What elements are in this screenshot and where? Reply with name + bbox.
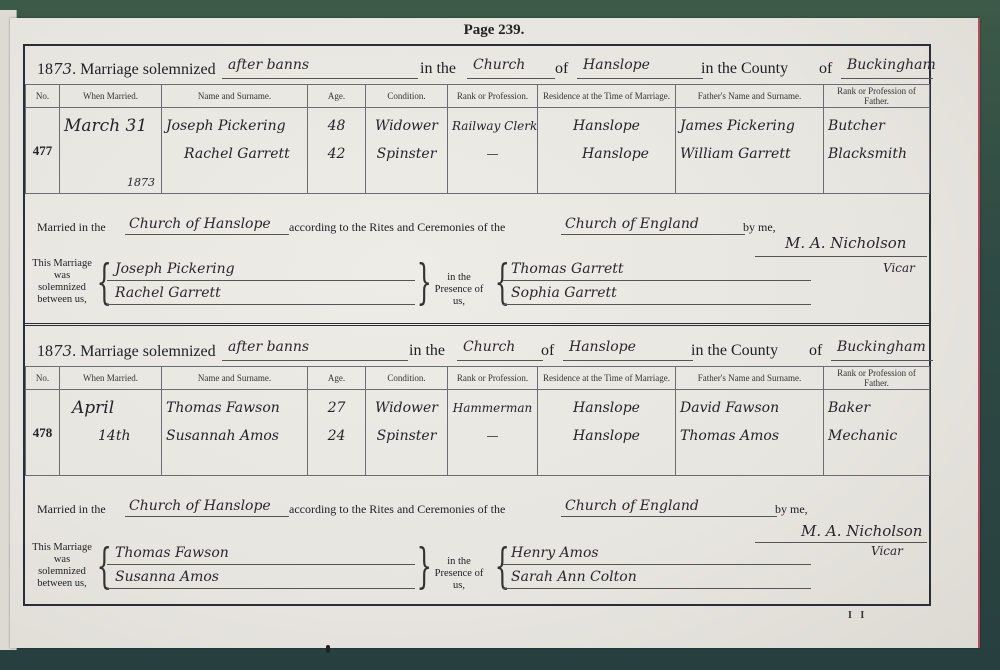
county-field: Buckingham <box>841 54 933 79</box>
col-when-married: When Married. <box>60 85 162 108</box>
parish-field: Hanslope <box>563 336 693 361</box>
col-father-rank: Rank or Profession of Father. <box>824 85 930 108</box>
place-type-field: Church <box>457 336 543 361</box>
party-signature-1: Joseph Pickering <box>107 258 415 281</box>
page-number: Page 239. <box>10 22 978 39</box>
fathers-ranks: Butcher Blacksmith <box>824 108 930 194</box>
col-age: Age. <box>308 85 366 108</box>
witness-signature-2: Sophia Garrett <box>503 282 811 305</box>
solemnization-line: 1873. Marriage solemnized after banns in… <box>37 336 923 366</box>
when-married: April 14th <box>60 390 162 476</box>
witness-signature-2: Sarah Ann Colton <box>503 566 811 589</box>
entry-number: 478 <box>26 390 60 476</box>
married-in-field: Church of Hanslope <box>125 214 289 235</box>
ranks: Railway Clerk — <box>448 108 538 194</box>
parish-field: Hanslope <box>577 54 703 79</box>
names: Thomas Fawson Susannah Amos <box>162 390 308 476</box>
entry-table: No. When Married. Name and Surname. Age.… <box>25 366 930 476</box>
witness-signature-1: Henry Amos <box>503 542 811 565</box>
party-signature-2: Susanna Amos <box>107 566 415 589</box>
solemnized-by-field: after banns <box>222 54 418 79</box>
witness-signature-1: Thomas Garrett <box>503 258 811 281</box>
fathers-names: David Fawson Thomas Amos <box>676 390 824 476</box>
column-header-row: No. When Married. Name and Surname. Age.… <box>26 367 930 390</box>
party-signature-1: Thomas Fawson <box>107 542 415 565</box>
col-rank: Rank or Profession. <box>448 85 538 108</box>
column-header-row: No. When Married. Name and Surname. Age.… <box>26 85 930 108</box>
marriage-entry-478: 1873. Marriage solemnized after banns in… <box>25 328 929 604</box>
signatures-block: This Marriage was solemnized between us,… <box>25 538 929 602</box>
col-no: No. <box>26 367 60 390</box>
married-in-line: Married in the Church of Hanslope accord… <box>37 496 917 520</box>
conditions: Widower Spinster <box>366 390 448 476</box>
table-row: 478 April 14th Thomas Fawson Susannah Am… <box>26 390 930 476</box>
col-condition: Condition. <box>366 367 448 390</box>
names: Joseph Pickering Rachel Garrett <box>162 108 308 194</box>
parties-label: This Marriage was solemnized between us, <box>31 542 93 590</box>
col-name: Name and Surname. <box>162 367 308 390</box>
rites-field: Church of England <box>561 214 745 235</box>
place-type-field: Church <box>467 54 555 79</box>
col-rank: Rank or Profession. <box>448 367 538 390</box>
col-father-rank: Rank or Profession of Father. <box>824 367 930 390</box>
col-father-name: Father's Name and Surname. <box>676 367 824 390</box>
year-suffix: 73 <box>53 342 72 360</box>
ages: 48 42 <box>308 108 366 194</box>
when-married: March 31 1873 <box>60 108 162 194</box>
ages: 27 24 <box>308 390 366 476</box>
table-row: 477 March 31 1873 Joseph Pickering Rache… <box>26 108 930 194</box>
rites-field: Church of England <box>561 496 777 517</box>
married-in-field: Church of Hanslope <box>125 496 289 517</box>
solemnized-by-field: after banns <box>222 336 408 361</box>
parties-label: This Marriage was solemnized between us, <box>31 258 93 306</box>
register-page: Page 239. 1873. Marriage solemnized afte… <box>10 18 980 648</box>
party-signature-2: Rachel Garrett <box>107 282 415 305</box>
officiant-signature: M. A. Nicholson <box>785 234 906 252</box>
binding-hole <box>326 645 330 653</box>
residences: Hanslope Hanslope <box>538 390 676 476</box>
col-when-married: When Married. <box>60 367 162 390</box>
entry-table: No. When Married. Name and Surname. Age.… <box>25 84 930 194</box>
fathers-names: James Pickering William Garrett <box>676 108 824 194</box>
solemnization-line: 1873. Marriage solemnized after banns in… <box>37 54 923 84</box>
fathers-ranks: Baker Mechanic <box>824 390 930 476</box>
conditions: Widower Spinster <box>366 108 448 194</box>
col-residence: Residence at the Time of Marriage. <box>538 367 676 390</box>
col-age: Age. <box>308 367 366 390</box>
entry-number: 477 <box>26 108 60 194</box>
presence-label: in the Presence of us, <box>429 556 489 592</box>
col-name: Name and Surname. <box>162 85 308 108</box>
marriage-entry-477: 1873. Marriage solemnized after banns in… <box>25 46 929 326</box>
presence-label: in the Presence of us, <box>429 272 489 308</box>
ranks: Hammerman — <box>448 390 538 476</box>
county-field: Buckingham <box>831 336 933 361</box>
residences: Hanslope Hanslope <box>538 108 676 194</box>
signatures-block: This Marriage was solemnized between us,… <box>25 254 929 318</box>
col-no: No. <box>26 85 60 108</box>
year-suffix: 73 <box>53 60 72 78</box>
col-residence: Residence at the Time of Marriage. <box>538 85 676 108</box>
sheet-signature-mark: I I <box>848 610 867 621</box>
col-condition: Condition. <box>366 85 448 108</box>
col-father-name: Father's Name and Surname. <box>676 85 824 108</box>
register-frame: 1873. Marriage solemnized after banns in… <box>23 44 931 606</box>
